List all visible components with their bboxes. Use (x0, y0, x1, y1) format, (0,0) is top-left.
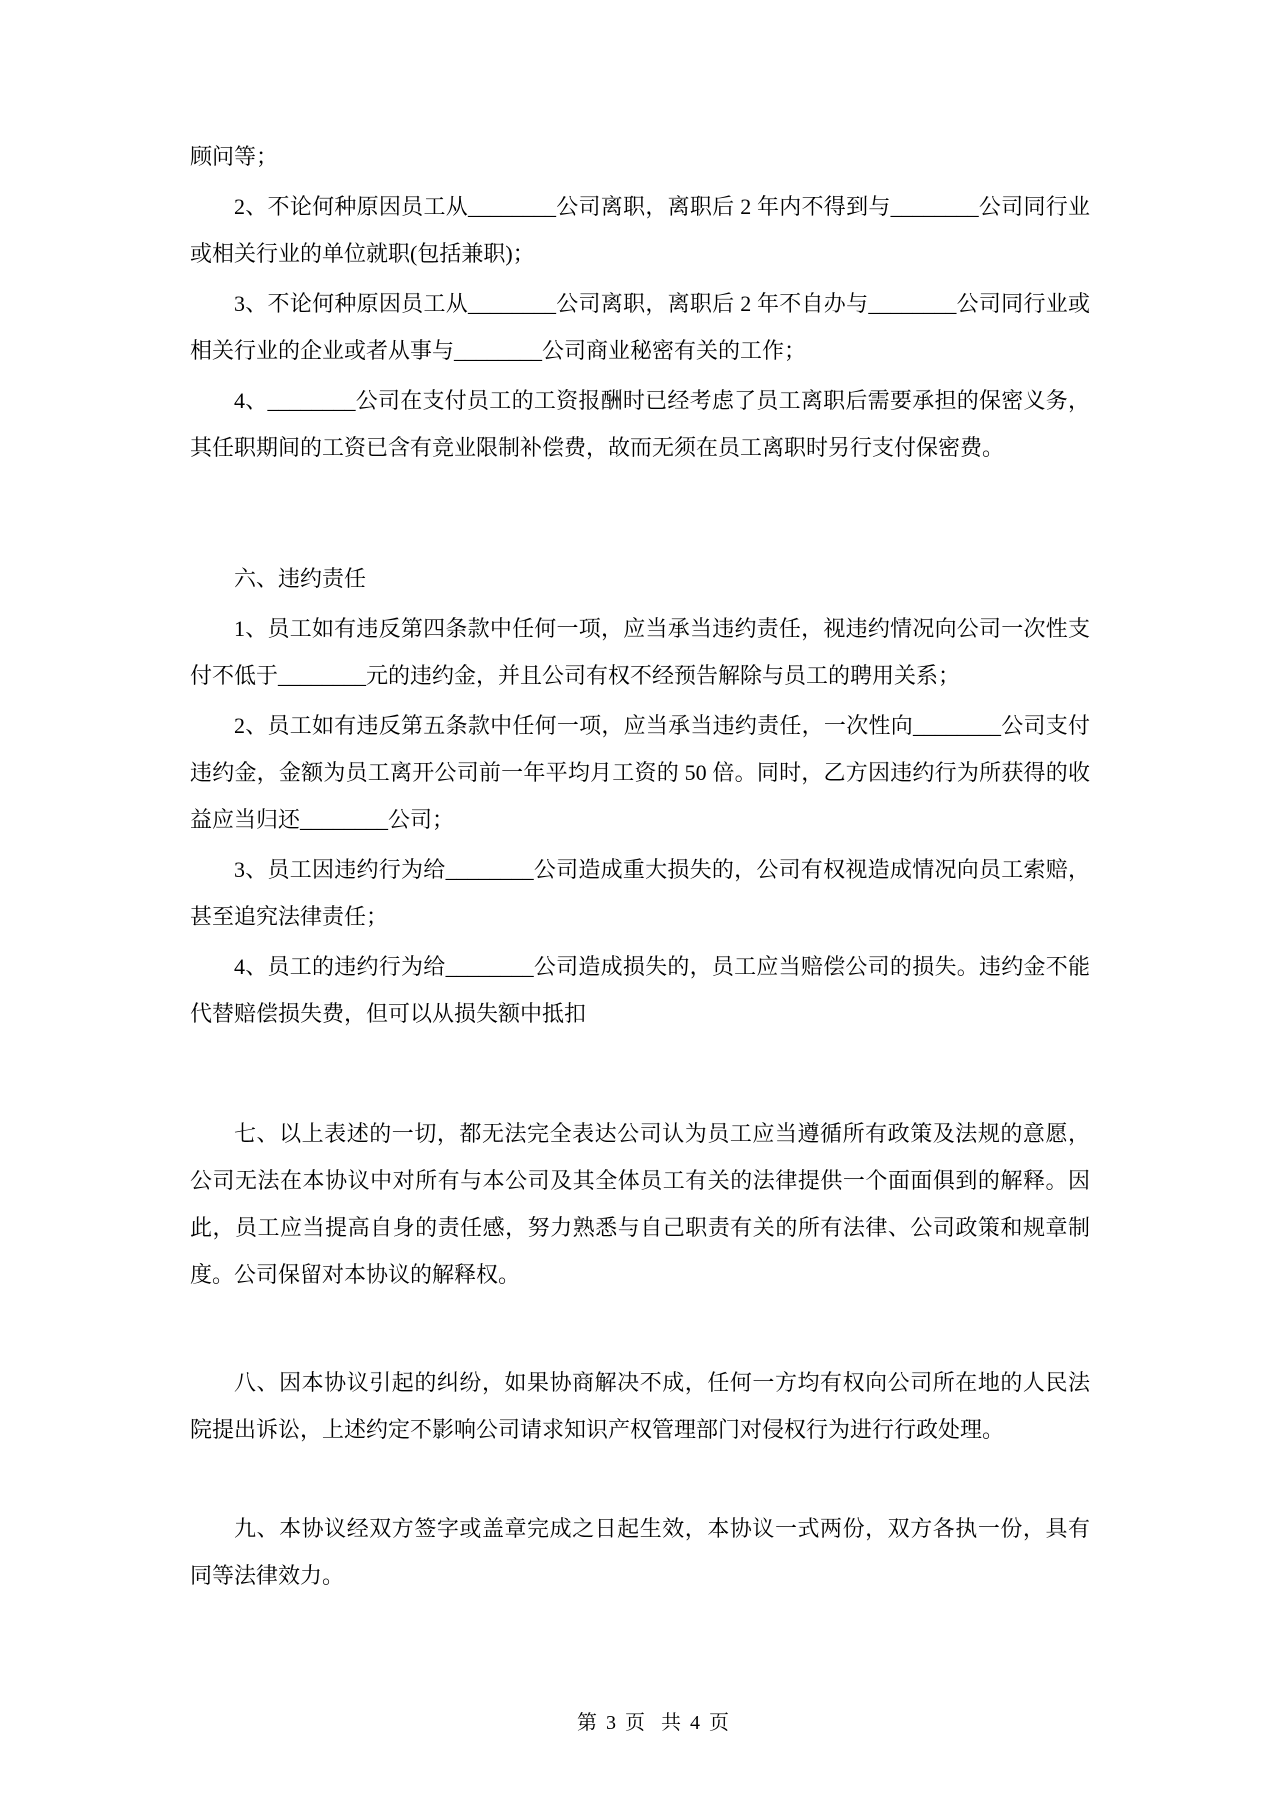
clause-paragraph: 2、员工如有违反第五条款中任何一项，应当承当违约责任，一次性向________公… (190, 702, 1090, 843)
page-footer: 第 3 页 共 4 页 (0, 1684, 1280, 1762)
clause-paragraph: 3、员工因违约行为给________公司造成重大损失的，公司有权视造成情况向员工… (190, 846, 1090, 940)
clause-paragraph: 4、________公司在支付员工的工资报酬时已经考虑了员工离职后需要承担的保密… (190, 377, 1090, 471)
document-page: 顾问等；2、不论何种原因员工从________公司离职，离职后 2 年内不得到与… (0, 0, 1280, 1810)
clause-paragraph: 九、本协议经双方签字或盖章完成之日起生效，本协议一式两份，双方各执一份，具有同等… (190, 1505, 1090, 1599)
clause-paragraph: 1、员工如有违反第四条款中任何一项，应当承当违约责任，视违约情况向公司一次性支付… (190, 605, 1090, 699)
clause-paragraph: 七、以上表述的一切，都无法完全表达公司认为员工应当遵循所有政策及法规的意愿，公司… (190, 1110, 1090, 1298)
clause-paragraph: 八、因本协议引起的纠纷，如果协商解决不成，任何一方均有权向公司所在地的人民法院提… (190, 1359, 1090, 1453)
clause-paragraph: 4、员工的违约行为给________公司造成损失的，员工应当赔偿公司的损失。违约… (190, 943, 1090, 1037)
clause-paragraph: 3、不论何种原因员工从________公司离职，离职后 2 年不自办与_____… (190, 280, 1090, 374)
clause-paragraph: 顾问等； (190, 133, 1090, 180)
page-number-label: 第 3 页 共 4 页 (577, 1712, 731, 1734)
document-body: 顾问等；2、不论何种原因员工从________公司离职，离职后 2 年内不得到与… (190, 133, 1090, 1602)
section-heading: 六、违约责任 (190, 555, 1090, 602)
clause-paragraph: 2、不论何种原因员工从________公司离职，离职后 2 年内不得到与____… (190, 183, 1090, 277)
